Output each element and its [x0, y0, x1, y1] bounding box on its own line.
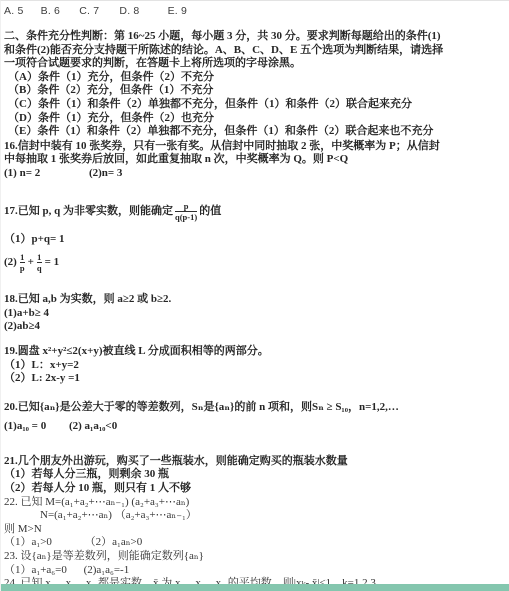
exam-document: A. 5 B. 6 C. 7 D. 8 E. 9 二、条件充分性判断：第 16~… — [1, 1, 509, 591]
question-17-stem-post: 的值 — [199, 205, 221, 219]
question-16-condition-2: (2)n= 3 — [89, 167, 122, 179]
question-20-condition-2: (2) a₁a₁₀<0 — [69, 420, 117, 432]
question-17-condition-2: (2) 1 p + 1 q = 1 — [4, 253, 503, 273]
question-19-stem: 19.圆盘 x²+y²≤2(x+y)被直线 L 分成面积相等的两部分。 — [4, 345, 503, 359]
question-23-condition-1: （1）a₁+a₆=0 — [4, 564, 67, 576]
answer-option-e: E. 9 — [168, 5, 187, 17]
question-16-condition-1: (1) n= 2 — [4, 167, 40, 179]
fraction-denominator: p — [20, 262, 25, 273]
question-17-stem-pre: 17.已知 p, q 为非零实数，则能确定 — [4, 205, 173, 219]
question-16: 16.信封中装有 10 张奖券，只有一张有奖。从信封中同时抽取 2 张，中奖概率… — [4, 140, 503, 181]
judgment-option-e: （E）条件（1）和条件（2）单独都不充分，但条件（1）和条件（2）联合起来也不充… — [4, 125, 503, 139]
question-22-stem-line-2: N=(a₁+a₂+⋯aₙ) （a₂+a₃+⋯aₙ₋₁） — [4, 509, 503, 523]
question-22-condition-2: （2）a₁aₙ>0 — [85, 536, 143, 548]
section-header-line-3: 一项符合试题要求的判断，在答题卡上将所选项的字母涂黑。 — [4, 57, 503, 71]
question-23-conditions: （1）a₁+a₆=0 (2)a₁a₆=-1 — [4, 564, 503, 578]
question-19: 19.圆盘 x²+y²≤2(x+y)被直线 L 分成面积相等的两部分。 （1）L… — [4, 345, 503, 386]
question-17-condition-1: （1）p+q= 1 — [4, 233, 503, 247]
question-18-condition-1: (1)a+b≥ 4 — [4, 307, 503, 321]
answer-option-b: B. 6 — [41, 5, 60, 17]
question-17: 17.已知 p, q 为非零实数，则能确定 p q(p-1) 的值 （1）p+q… — [4, 202, 503, 274]
fraction-one-over-q: 1 q — [37, 253, 42, 273]
fraction-denominator: q — [37, 262, 42, 273]
fraction-numerator: 1 — [37, 253, 41, 262]
judgment-option-c: （C）条件（1）和条件（2）单独都不充分，但条件（1）和条件（2）联合起来充分 — [4, 98, 503, 112]
answer-option-d: D. 8 — [119, 5, 139, 17]
question-21-condition-1: （1）若每人分三瓶，则剩余 30 瓶 — [4, 468, 503, 482]
equals-one: = 1 — [45, 256, 60, 270]
question-20-conditions: (1)a₁₀ = 0 (2) a₁a₁₀<0 — [4, 420, 503, 434]
judgment-option-b: （B）条件（2）充分，但条件（1）不充分 — [4, 84, 503, 98]
plus-sign: + — [28, 256, 34, 270]
judgment-options-list: （A）条件（1）充分，但条件（2）不充分 （B）条件（2）充分，但条件（1）不充… — [4, 71, 503, 139]
answer-option-c: C. 7 — [79, 5, 99, 17]
answer-option-a: A. 5 — [4, 5, 23, 17]
question-21: 21.几个朋友外出游玩，购买了一些瓶装水，则能确定购买的瓶装水数量 （1）若每人… — [4, 455, 503, 496]
fraction-p-over-q-p-minus-1: p q(p-1) — [175, 202, 197, 222]
question-18: 18.已知 a,b 为实数，则 a≥2 或 b≥2. (1)a+b≥ 4 (2)… — [4, 293, 503, 334]
question-20-stem: 20.已知{aₙ}是公差大于零的等差数列，Sₙ是{aₙ}的前 n 项和，则Sₙ … — [4, 401, 503, 415]
question-19-condition-2: （2）L: 2x-y =1 — [4, 372, 503, 386]
question-23: 23. 设{aₙ}是等差数列，则能确定数列{aₙ} （1）a₁+a₆=0 (2)… — [4, 550, 503, 577]
question-21-stem: 21.几个朋友外出游玩，购买了一些瓶装水，则能确定购买的瓶装水数量 — [4, 455, 503, 469]
previous-question-answer-options: A. 5 B. 6 C. 7 D. 8 E. 9 — [4, 5, 503, 17]
question-23-condition-2: (2)a₁a₆=-1 — [84, 564, 130, 576]
bottom-accent-bar — [1, 584, 509, 591]
question-17-stem: 17.已知 p, q 为非零实数，则能确定 p q(p-1) 的值 — [4, 202, 503, 222]
section-two-header: 二、条件充分性判断：第 16~25 小题，每小题 3 分，共 30 分。要求判断… — [4, 30, 503, 71]
question-16-stem-line-2: 中每抽取 1 张奖券后放回，如此重复抽取 n 次，中奖概率为 Q。则 P<Q — [4, 153, 503, 167]
question-16-conditions: (1) n= 2 (2)n= 3 — [4, 167, 503, 181]
question-21-condition-2: （2）若每人分 10 瓶，则只有 1 人不够 — [4, 482, 503, 496]
fraction-numerator: p — [184, 202, 189, 211]
exam-document-page: { "answer_row": ["A. 5", "B. 6", "C. 7",… — [0, 0, 509, 591]
question-19-condition-1: （1）L：x+y=2 — [4, 359, 503, 373]
question-17-condition-2-label: (2) — [4, 256, 17, 270]
question-18-condition-2: (2)ab≥4 — [4, 320, 503, 334]
fraction-numerator: 1 — [20, 253, 24, 262]
question-22-conditions: （1）a₁>0 （2）a₁aₙ>0 — [4, 536, 503, 550]
section-header-line-1: 二、条件充分性判断：第 16~25 小题，每小题 3 分，共 30 分。要求判断… — [4, 30, 503, 44]
question-22-stem-line-3: 则 M>N — [4, 523, 503, 537]
question-16-stem-line-1: 16.信封中装有 10 张奖券，只有一张有奖。从信封中同时抽取 2 张，中奖概率… — [4, 140, 503, 154]
judgment-option-a: （A）条件（1）充分，但条件（2）不充分 — [4, 71, 503, 85]
section-header-line-2: 和条件(2)能否充分支持题干所陈述的结论。A、B、C、D、E 五个选项为判断结果… — [4, 44, 503, 58]
question-20-condition-1: (1)a₁₀ = 0 — [4, 420, 46, 432]
question-22-condition-1: （1）a₁>0 — [4, 536, 52, 548]
question-22-stem-line-1: 22. 已知 M=(a₁+a₂+⋯aₙ₋₁) (a₂+a₃+⋯aₙ) — [4, 496, 503, 510]
fraction-denominator: q(p-1) — [175, 211, 197, 222]
fraction-one-over-p: 1 p — [20, 253, 25, 273]
question-22: 22. 已知 M=(a₁+a₂+⋯aₙ₋₁) (a₂+a₃+⋯aₙ) N=(a₁… — [4, 496, 503, 550]
judgment-option-d: （D）条件（1）充分，但条件（2）也充分 — [4, 112, 503, 126]
question-18-stem: 18.已知 a,b 为实数，则 a≥2 或 b≥2. — [4, 293, 503, 307]
question-20: 20.已知{aₙ}是公差大于零的等差数列，Sₙ是{aₙ}的前 n 项和，则Sₙ … — [4, 401, 503, 434]
question-23-stem: 23. 设{aₙ}是等差数列，则能确定数列{aₙ} — [4, 550, 503, 564]
